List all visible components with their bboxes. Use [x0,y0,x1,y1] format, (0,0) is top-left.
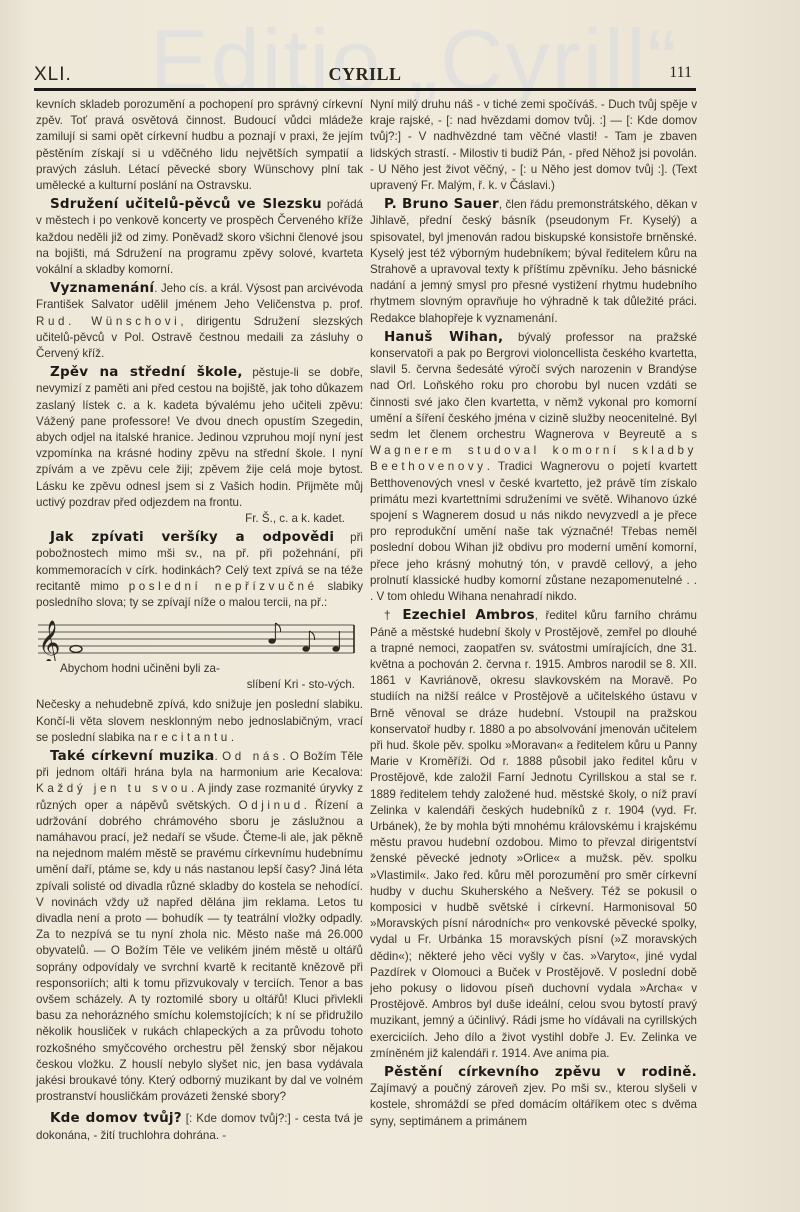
page: Editio „Cyrill“ XLI. CYRILL 111 kevních … [0,0,800,1212]
article-jak-zpivati: Jak zpívati veršíky a odpovědi při pobož… [36,529,363,611]
article-take-cirkevni-muzika: Také církevní muzika. Od nás. O Božím Tě… [36,748,363,1105]
article-heading: Sdružení učitelů-pěvců ve Slezsku [50,196,322,212]
journal-title: CYRILL [34,64,696,85]
article-hanus-wihan: Hanuš Wihan, bývalý professor na pražské… [370,329,697,605]
music-notation: 𝄞 [36,615,363,661]
article-ezechiel-ambros: † Ezechiel Ambros, ředitel kůru farního … [370,607,697,1062]
svg-text:𝄞: 𝄞 [38,620,60,661]
article-heading: Vyznamenání [50,280,154,296]
header-rule [34,88,696,91]
article-heading: Jak zpívati veršíky a odpovědi [50,529,334,545]
article-heading: P. Bruno Sauer [384,196,499,212]
left-column: kevních skladeb porozumění a pochopení p… [36,97,363,1144]
article-pesteni-cirkevniho-zpevu: Pěstění církevního zpěvu v rodině. Zajím… [370,1064,697,1130]
lyric-line: slíbení Kri - sto-vých. [36,677,363,693]
article-vyznamenani: Vyznamenání. Jeho cís. a král. Výsost pa… [36,280,363,362]
article-sdruzeni: Sdružení učitelů-pěvců ve Slezsku pořádá… [36,196,363,278]
cross-icon: † [384,609,395,622]
article-heading: Kde domov tvůj? [50,1110,182,1126]
paragraph-continuation: kevních skladeb porozumění a pochopení p… [36,97,363,194]
right-column: Nyní milý druhu náš - v tiché zemi spočí… [370,97,697,1130]
lyric-line: Abychom hodni učiněni byli za- [36,661,363,677]
paragraph-continuation: Nyní milý druhu náš - v tiché zemi spočí… [370,97,697,194]
article-kde-domov-tvuj: Kde domov tvůj? [: Kde domov tvůj?:] - c… [36,1110,363,1143]
article-heading: Také církevní muzika [50,748,214,764]
article-bruno-sauer: P. Bruno Sauer, člen řádu premonstrátské… [370,196,697,327]
article-heading: Hanuš Wihan, [384,329,503,345]
spaced-name: Rud. Wünschovi [36,315,180,328]
page-number: 111 [669,64,692,82]
article-heading: Pěstění církevního zpěvu v rodině. [384,1064,697,1080]
article-heading: Ezechiel Ambros [402,607,534,623]
music-lyrics: Abychom hodni učiněni byli za- slíbení K… [36,661,363,693]
signature: Fr. Š., c. a k. kadet. [36,511,363,527]
staff-icon: 𝄞 [36,615,363,661]
paragraph-necesky: Nečesky a nehudebně zpívá, kdo snižuje j… [36,697,363,746]
article-heading: Zpěv na střední škole, [50,364,243,380]
running-header: XLI. CYRILL 111 [34,64,696,90]
article-zpev-na-stredni-skole: Zpěv na střední škole, pěstuje-li se dob… [36,364,363,527]
